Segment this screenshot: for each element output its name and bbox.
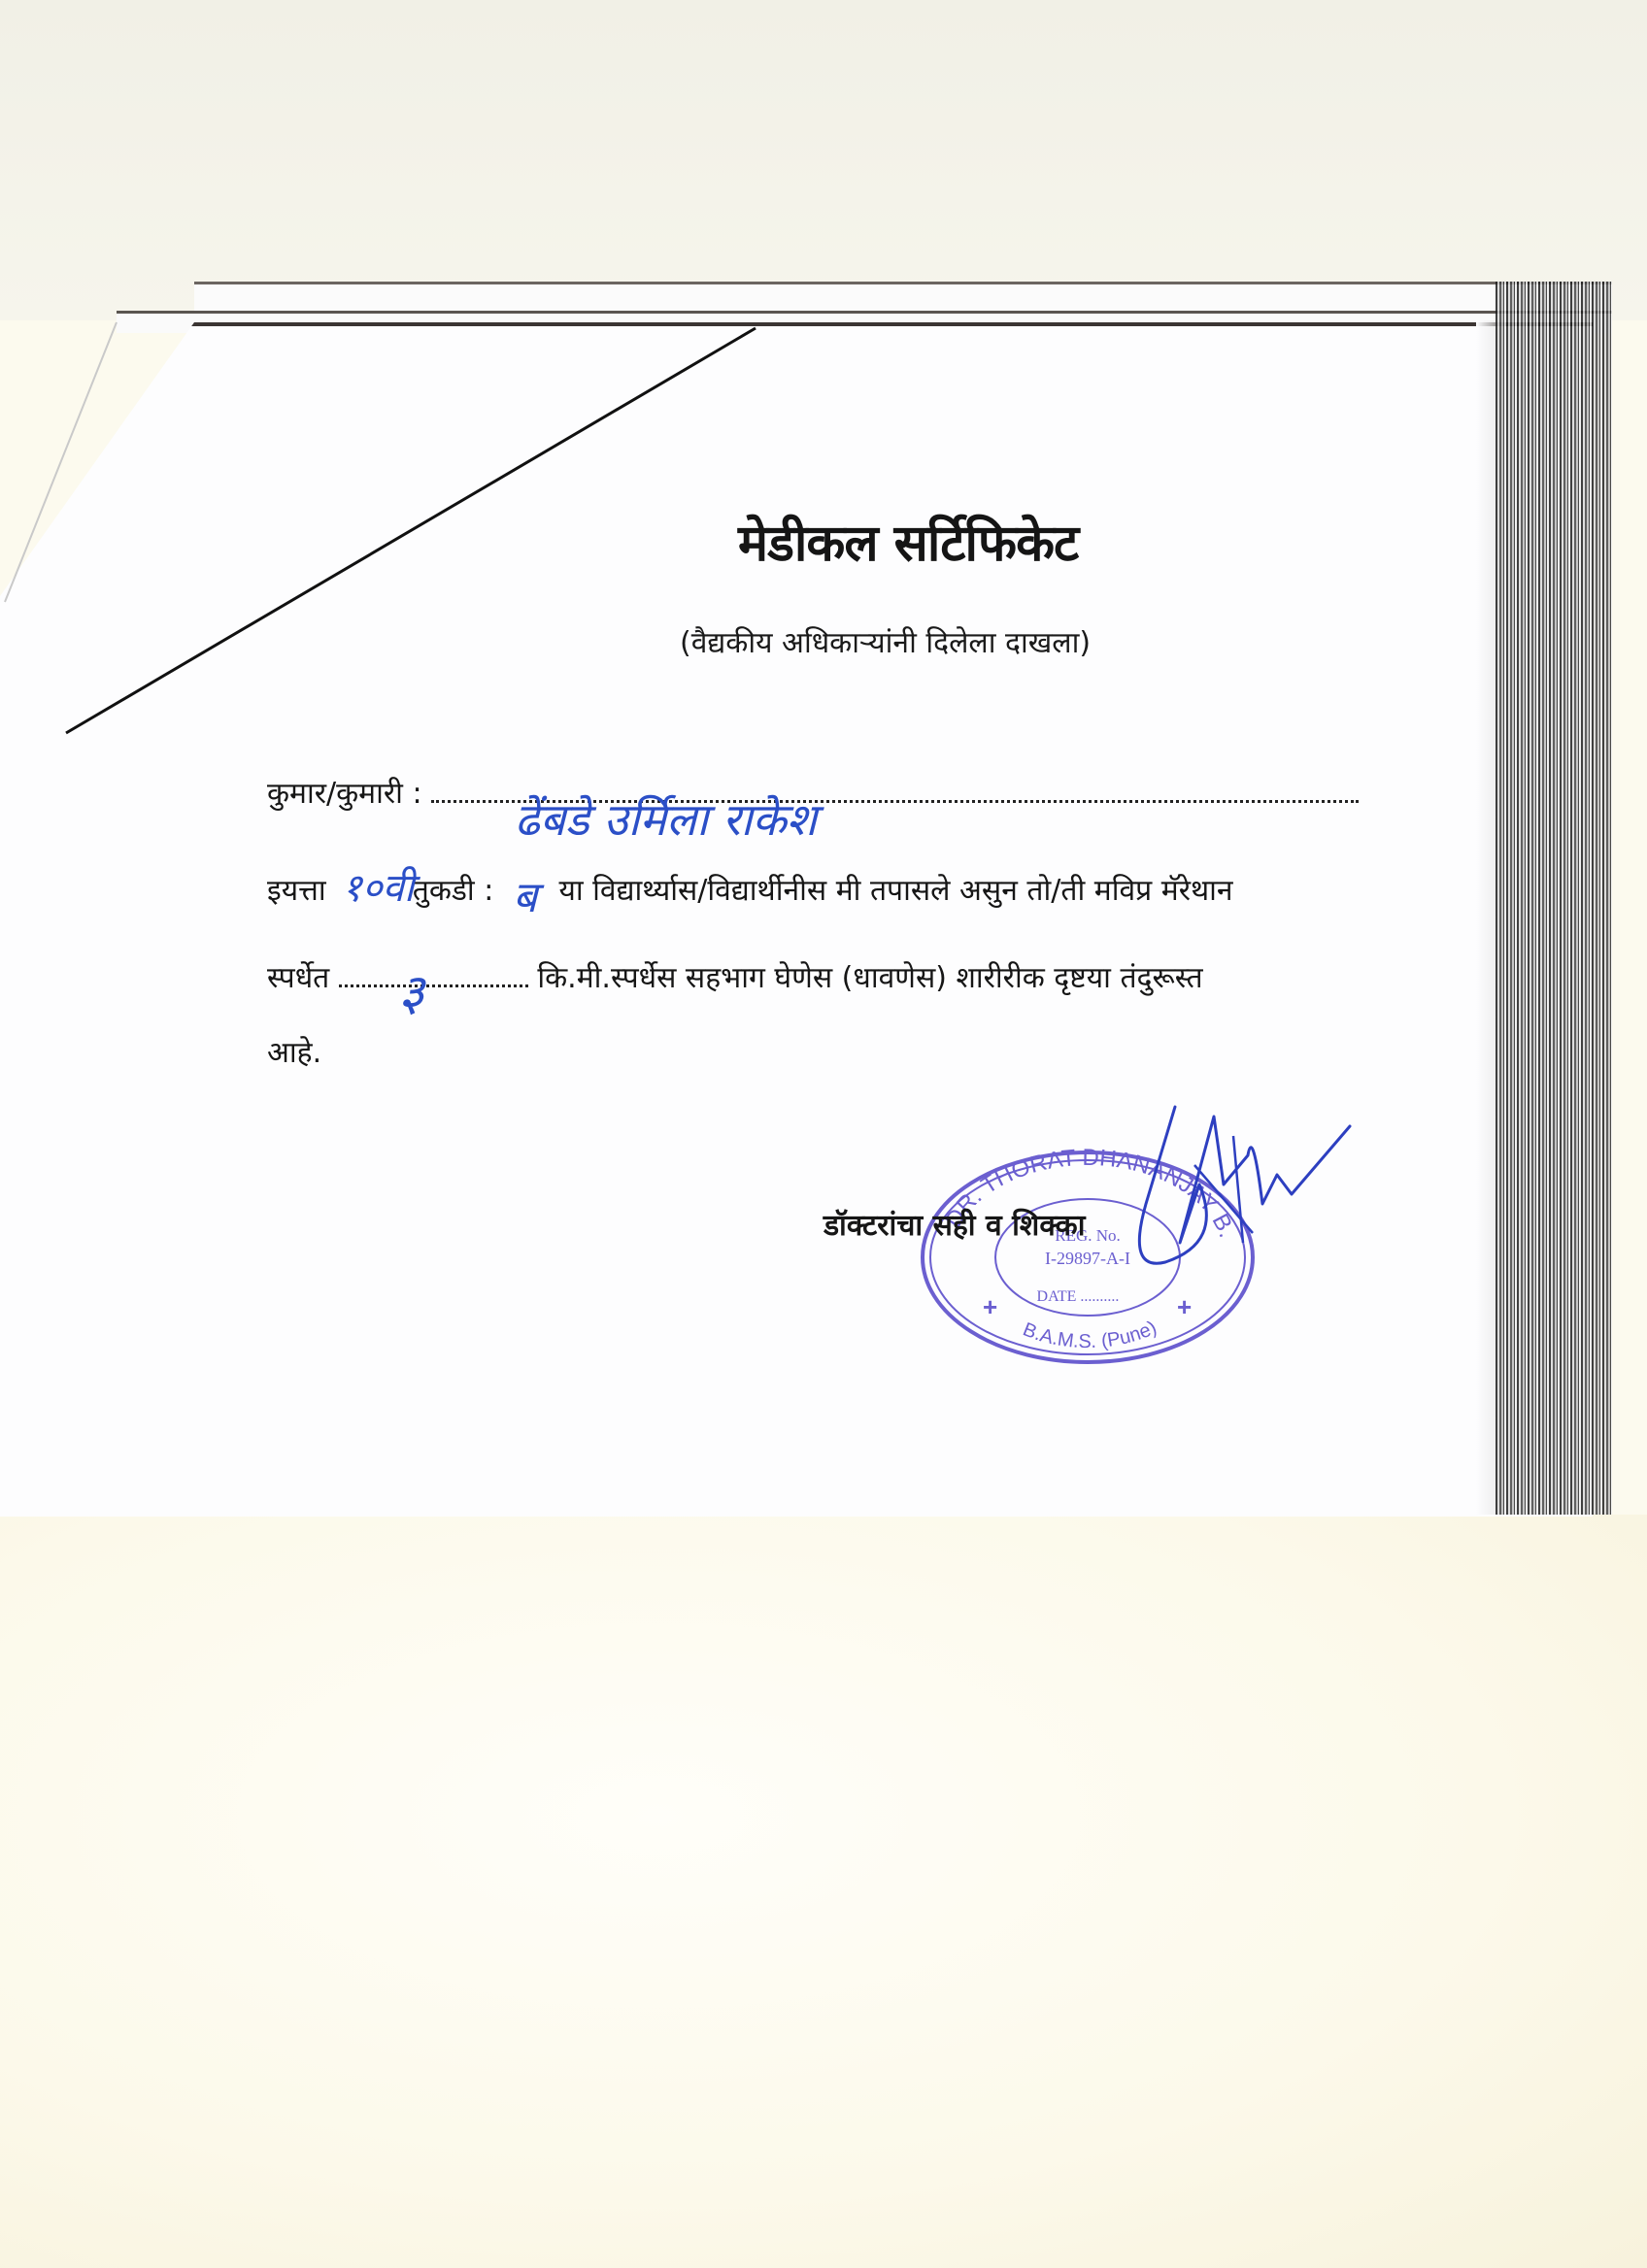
class-value-handwritten: १०वी xyxy=(342,859,414,913)
stamp-degree: B.A.M.S. (Pune) xyxy=(1020,1317,1160,1352)
stamp-cross-icon: + xyxy=(983,1292,997,1321)
doctor-signature xyxy=(1107,1097,1360,1291)
distance-value-handwritten: ३ xyxy=(398,956,424,1025)
statement-part1: या विद्यार्थ्यास/विद्यार्थीनीस मी तपासले… xyxy=(558,874,1232,908)
stamp-cross-icon: + xyxy=(1177,1292,1192,1321)
scan-background-bottom xyxy=(0,1515,1647,2268)
signature-label: डॉक्टरांचा सही व शिक्का xyxy=(823,1204,1085,1244)
name-label: कुमार/कुमारी : xyxy=(267,777,422,811)
distance-dotted-line xyxy=(339,973,528,987)
class-label: इयत्ता xyxy=(267,874,326,908)
certificate-title: मेडीकल सर्टिफिकेट xyxy=(738,507,1078,576)
certificate-subtitle: (वैद्यकीय अधिकाऱ्यांनी दिलेला दाखला) xyxy=(680,621,1091,661)
race-label: स्पर्धेत xyxy=(267,961,329,995)
division-label: तुकडी : xyxy=(413,874,494,908)
statement-end: आहे. xyxy=(267,1031,321,1071)
name-value-handwritten: ढेंबडे उर्मिला राकेश xyxy=(515,788,817,849)
division-value-handwritten: ब xyxy=(513,866,537,924)
statement-part2: कि.मी.स्पर्धेस सहभाग घेणेस (धावणेस) शारी… xyxy=(537,961,1202,995)
svg-text:B.A.M.S. (Pune): B.A.M.S. (Pune) xyxy=(1020,1317,1160,1352)
